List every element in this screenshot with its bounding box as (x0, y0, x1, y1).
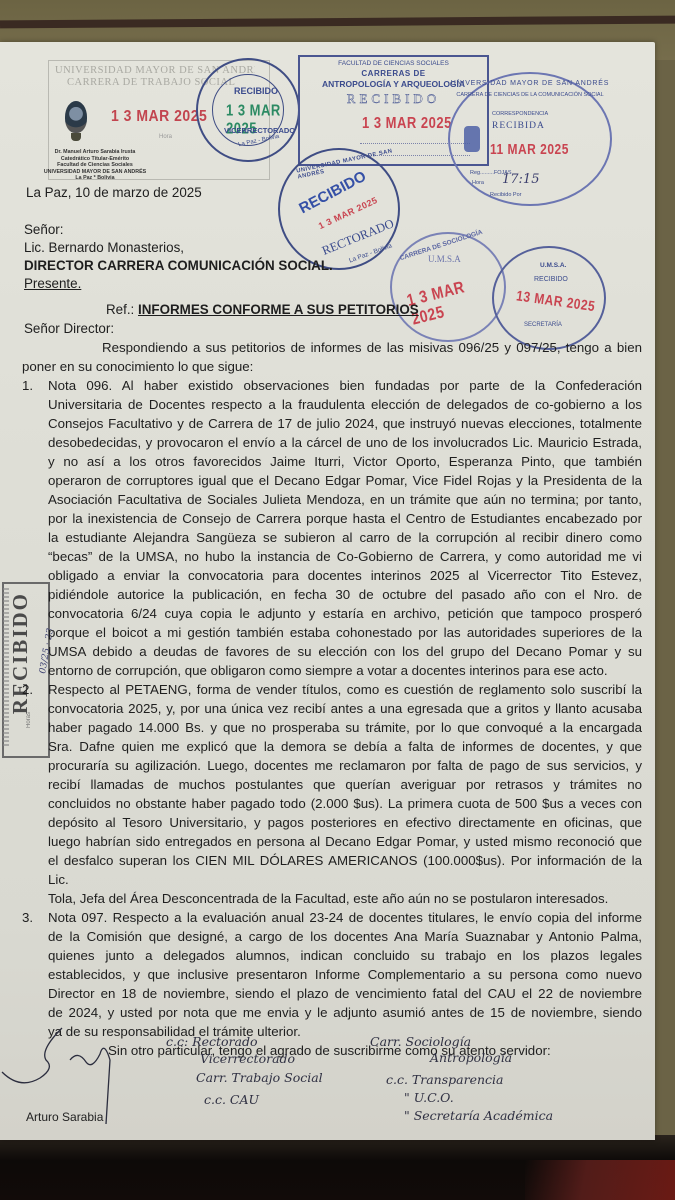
info-line: Facultad de Ciencias Sociales (25, 162, 165, 169)
cc-line: Vicerrectorado (200, 1051, 295, 1066)
cc-line: c.c. CAU (204, 1092, 259, 1107)
item-line: quienes junto a delegados alumnos, indic… (48, 946, 642, 965)
item-line: procuraría su agilización. Luego, docent… (48, 756, 642, 775)
stamp-date: 11 MAR 2025 (490, 141, 569, 158)
item-line: convocatoria 2025, y, por una única vez … (48, 699, 642, 718)
stamp-secretaria: U.M.S.A. RECIBIDO 13 MAR 2025 SECRETARÍA (492, 246, 606, 350)
intro-line: poner en su conocimiento lo que sigue: (22, 357, 642, 376)
item-line: luego habrían sido entregados en persona… (48, 832, 642, 851)
letterhead-stamp-date: 1 3 MAR 2025 (111, 106, 207, 124)
stamp-org: U.M.S.A (428, 254, 461, 264)
stamp-label: RECIBIDA (492, 121, 545, 131)
info-line: Dr. Manuel Arturo Sarabia Irusta (25, 149, 165, 156)
stamp-line: CARRERAS DE (300, 69, 487, 78)
stamp-sociologia: CARRERA DE SOCIOLOGÍA U.M.S.A 1 3 MAR 20… (390, 232, 506, 342)
item-line: Respecto al PETAENG, forma de vender tít… (48, 680, 642, 699)
item-line: el desfalco superan los CIEN MIL DÓLARES… (48, 851, 642, 889)
letterhead-hora-label: Hora (159, 134, 172, 140)
item-line: recibí llamadas de muchos postulantes qu… (48, 775, 642, 794)
stamp-label: RECIBIDO (534, 276, 568, 283)
item-line: operaron de corruptores igual que el Dec… (48, 471, 642, 490)
item-line: de la Comisión que designé, a cargo de l… (48, 927, 642, 946)
item-number: 1. (22, 376, 33, 395)
cc-line: Carr. Trabajo Social (196, 1070, 323, 1085)
stamp-recibido-por: Recibido Por (490, 192, 522, 198)
item-line: UMSA debido a deudas de favores de su el… (48, 642, 642, 661)
item-line: por la inexistencia de Consejo de Carrer… (48, 509, 642, 528)
intro-line: Respondiendo a sus petitorios de informe… (22, 338, 642, 357)
item-line: “becas” de la UMSA, no hubo la instancia… (48, 547, 642, 566)
stamp-rectorado: UNIVERSIDAD MAYOR DE SAN ANDRÉS RECIBIDO… (278, 148, 400, 270)
stamp-org: U.M.S.A. (540, 262, 566, 269)
item-line: porque el boicot a mi gestión también es… (48, 623, 642, 642)
stamp-date: 1 3 MAR 2025 (362, 114, 452, 132)
cc-line: Carr. Sociología (370, 1034, 471, 1049)
item-line: Tola, Jefa del Área Desconcentrada de la… (48, 889, 642, 908)
signature-name: Arturo Sarabia (26, 1110, 103, 1124)
item-line: Asociación Facultativa de Sociales Julie… (48, 490, 642, 509)
presente: Presente. (24, 274, 81, 293)
item-line: Director en 18 de noviembre, siendo el p… (48, 984, 642, 1003)
background-table (0, 1135, 675, 1200)
cc-line: " Secretaría Académica (404, 1108, 553, 1123)
reference: Ref.: INFORMES CONFORME A SUS PETITORIOS (106, 300, 419, 319)
cc-line: " U.C.O. (404, 1090, 454, 1105)
place-date: La Paz, 10 de marzo de 2025 (26, 183, 202, 202)
stamp-line: FACULTAD DE CIENCIAS SOCIALES (300, 60, 487, 67)
letterhead-info: Dr. Manuel Arturo Sarabia Irusta Catedrá… (25, 149, 165, 182)
list-item: 2. Respecto al PETAENG, forma de vender … (22, 680, 642, 908)
item-line: y no así a los otros favorecidos Jaime I… (48, 452, 642, 471)
stamp-corr: CORRESPONDENCIA (492, 111, 548, 117)
list-item: 1. Nota 096. Al haber existido observaci… (22, 376, 642, 680)
item-line: concluidos no obstante haber pagado todo… (48, 794, 642, 813)
item-number: 3. (22, 908, 33, 927)
item-line: desobedecidas, y provocaron el envío a l… (48, 433, 642, 452)
item-line: Nota 097. Respecto a la evaluación anual… (48, 908, 642, 927)
item-line: obligado a enviar la convocatoria para d… (48, 566, 642, 585)
stamp-arc: UNIVERSIDAD MAYOR DE SAN ANDRÉS (450, 80, 610, 87)
item-line: entorno de corrupción, que obligaron com… (48, 661, 642, 680)
item-line: haber pagado 14.000 Bs. y que no prosper… (48, 718, 642, 737)
letter-body: Respondiendo a sus petitorios de informe… (22, 338, 642, 1060)
stamp-vicerrectorado: RECIBIDO 1 3 MAR 2025 VICERRECTORADO La … (196, 58, 300, 162)
item-number: 2. (22, 680, 33, 699)
recipient-title: DIRECTOR CARRERA COMUNICACIÓN SOCIAL. (24, 256, 333, 275)
stamp-label: RECIBIDO (234, 86, 278, 96)
university-crest-icon (65, 101, 87, 133)
recipient-name: Lic. Bernardo Monasterios, (24, 238, 184, 257)
info-line: Catedrático Titular-Emérito (25, 156, 165, 163)
cc-line: c.c. Transparencia (386, 1072, 503, 1087)
stamp-hora-label: Hora (472, 180, 484, 186)
cc-line: c.c: Rectorado (166, 1034, 257, 1049)
stamp-sub: CARRERA DE CIENCIAS DE LA COMUNICACIÓN S… (450, 92, 610, 98)
info-line: La Paz * Bolivia (25, 175, 165, 182)
item-line: Consejos Facultativo y de Carrera de 17 … (48, 414, 642, 433)
background-cloth (525, 1160, 675, 1200)
greeting: Señor Director: (24, 319, 114, 338)
stamp-comunicacion: UNIVERSIDAD MAYOR DE SAN ANDRÉS CARRERA … (448, 72, 612, 206)
stamp-hora-value: 17:15 (502, 172, 539, 187)
ref-label: Ref.: (106, 302, 134, 317)
stamp-office: SECRETARÍA (524, 322, 562, 328)
umsa-logo-icon (464, 126, 480, 152)
item-line: Nota 096. Al haber existido observacione… (48, 376, 642, 395)
item-line: convocatoria 6/24 cuya copia le adjunto … (48, 604, 642, 623)
item-line: depósito al Tesoro Universitario, y pago… (48, 813, 642, 832)
crest-base-icon (71, 133, 81, 141)
stamp-date: 13 MAR 2025 (515, 287, 596, 315)
info-line: UNIVERSIDAD MAYOR DE SAN ANDRÉS (25, 169, 165, 176)
item-line: establecidos, y que inclusive presentaro… (48, 965, 642, 984)
salutation: Señor: (24, 220, 63, 239)
item-line: pidiéndole autorice la publicación, en f… (48, 585, 642, 604)
ref-text: INFORMES CONFORME A SUS PETITORIOS (138, 302, 419, 317)
item-line: Universitaria de Docentes respecto a la … (48, 395, 642, 414)
item-line: la estudiante Alejandra Sangüeza se subi… (48, 528, 642, 547)
stamp-office: VICERRECTORADO (224, 126, 295, 135)
item-line: Sra. Dafne quien me explicó que la demor… (48, 737, 642, 756)
cc-line: Antropología (430, 1050, 512, 1065)
